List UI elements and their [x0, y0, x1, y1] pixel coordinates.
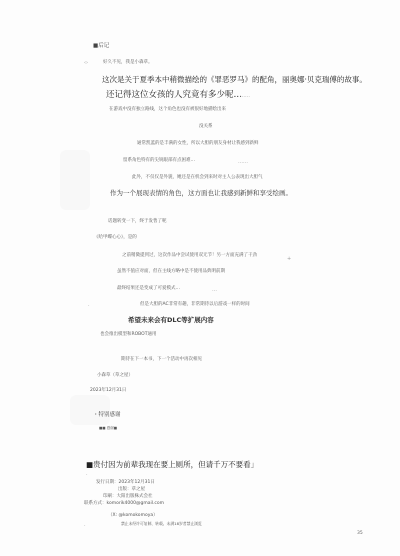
thanks-names: ■■ 感谢■ [99, 427, 117, 431]
text-line: 最终结果还是变成了可爱模式… [117, 287, 180, 292]
headline-title: ■贵付因为前辈我现在要上厕所，但请千万不要看」 [86, 461, 258, 469]
text-line: 之前稍微提到过，这次作品中尝试使用双无节！另一方面充满了干劲 [122, 254, 257, 259]
signature: 小森草（草之屋） [97, 374, 133, 379]
text-line: 留系角色特有的尖锐眼部有点困难… [123, 159, 195, 164]
page-number: 35 [357, 532, 363, 537]
scan-mark: · [86, 472, 88, 478]
text-line: 没关系 [199, 125, 213, 130]
colophon-printer: 印刷：大阳出版株式会社 [103, 495, 153, 500]
text-line: 作为一个展现表情的角色，这方面也让我感到新鲜和享受绘画。 [110, 190, 292, 197]
text-line: 虽然不值应对面，但在主线方略中是不使用品典明前期 [117, 270, 225, 275]
section-header: ■后记 [93, 44, 109, 50]
text-line-emphasis: 希望未来会有DLC等扩展内容 [128, 317, 214, 324]
special-thanks-heading: ・特别感谢 [93, 413, 121, 419]
text-line: 但是大胆的AC非常有趣，非常期待以后游戏一样的时间 [140, 303, 250, 308]
ellipsis-mark: …… [238, 159, 248, 165]
scan-mark: · [88, 303, 90, 309]
text-line: 好久不见，我是小森草。 [103, 61, 153, 66]
scan-mark: + [287, 256, 291, 262]
text-line: 在游戏中没有独立路线，这个角色也没有被很好地描绘出来 [109, 108, 226, 113]
text-line: 此外，不仅仅是外貌，她还是在机会到来时对主人公表现出大胆气 [132, 176, 263, 181]
colophon-notice: 禁止未经许可复制、转载。未满18岁者禁止浏览 [121, 522, 202, 526]
date: 2023年12月31日 [90, 389, 126, 394]
scan-smudge [70, 395, 110, 425]
text-line: 《哈甲蝶心心》，是的 [94, 236, 137, 241]
scan-smudge [60, 150, 90, 210]
ellipsis-mark: … [212, 287, 217, 293]
scan-mark: ‹› [84, 60, 88, 66]
text-line: 话题转变一下，终于发售了呢 [108, 220, 167, 225]
document-page: ■后记 ‹› 好久不见，我是小森草。 这次是关于夏季本中稍微描绘的《罪恶罗马》的… [0, 0, 400, 556]
text-line: 通常凯蓝的是丰满的女性，所以大胆的朋友身材让我感到新鲜 [137, 142, 259, 147]
colophon-issue-date: 发行日期：2023年12月31日 [96, 481, 155, 486]
colophon-contact: 联系方式：komorik4000@gmail.com [84, 502, 164, 507]
colophon-social: （X: @komokomoya） [108, 514, 158, 519]
text-line: 还记得这位女孩的人究竟有多少呢… [106, 91, 242, 100]
ellipsis-mark: …… [240, 93, 250, 99]
text-line: 也会推出模型和ROBOT通用 [100, 333, 156, 338]
text-line: 这次是关于夏季本中稍微描绘的《罪恶罗马》的配角，丽奥娜·贝克瑞傅的故事。 [102, 76, 367, 84]
colophon-publisher: 出版：草之屋 [118, 488, 145, 493]
text-line: 期待在下一本书，下一个活动中再次相见 [121, 358, 202, 363]
scan-mark: · [84, 523, 86, 529]
